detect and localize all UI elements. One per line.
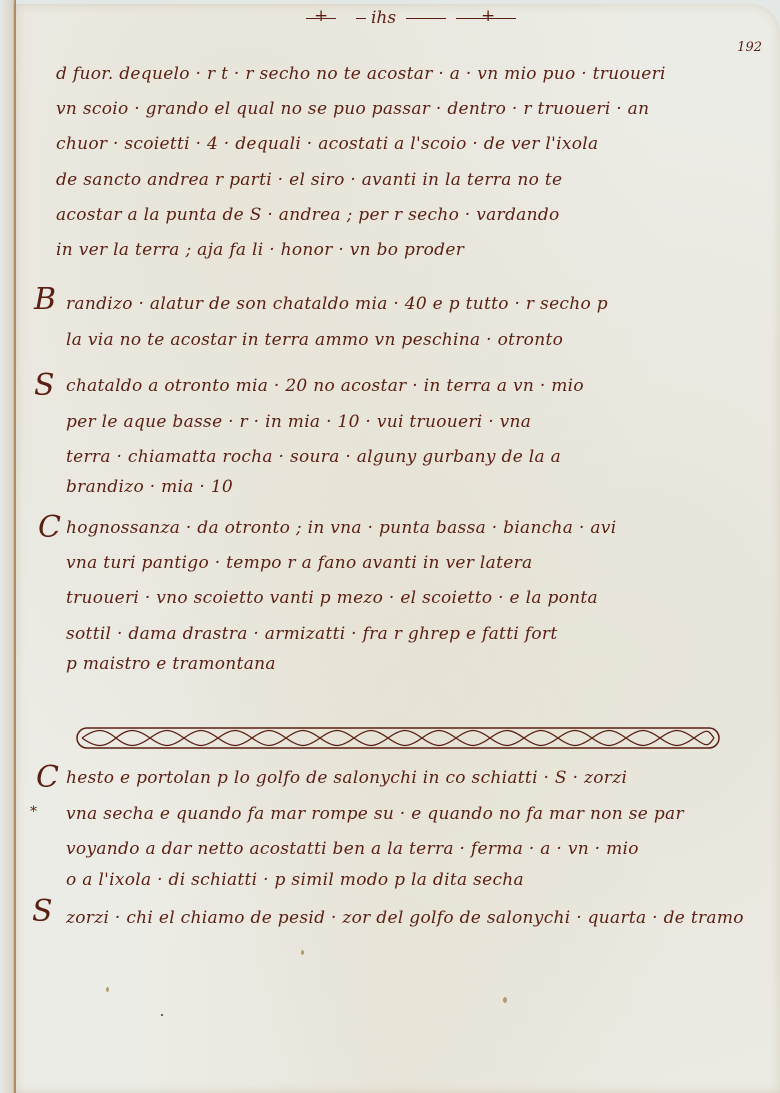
foxing-spot — [301, 950, 304, 955]
margin-mark: * — [30, 804, 37, 820]
cross-icon-right: + — [481, 6, 495, 26]
folio-number: 192 — [737, 40, 762, 55]
text-line: zorzi · chi el chiamo de pesid · zor del… — [66, 908, 744, 928]
text-line: vna turi pantigo · tempo r a fano avanti… — [66, 553, 532, 573]
text-line: o a l'ixola · di schiatti · p simil modo… — [66, 870, 524, 890]
text-line: in ver la terra ; aja fa li · honor · vn… — [56, 240, 464, 260]
initial-letter: S — [34, 368, 55, 403]
text-line: d fuor. dequelo · r t · r secho no te ac… — [56, 64, 666, 84]
initial-letter: B — [34, 282, 56, 317]
braid-ornament-divider — [76, 726, 720, 750]
text-line: vna secha e quando fa mar rompe su · e q… — [66, 804, 684, 824]
cross-icon-left: + — [314, 6, 328, 26]
foxing-spot — [161, 1014, 163, 1016]
manuscript-page: + ihs + 192 d fuor. dequelo · r t · r se… — [14, 4, 780, 1093]
initial-letter: C — [38, 510, 61, 545]
header-rule-mid2 — [406, 18, 446, 19]
ihs-monogram: ihs — [371, 8, 396, 28]
text-line: la via no te acostar in terra ammo vn pe… — [66, 330, 563, 350]
page-header: + ihs + — [306, 6, 546, 28]
text-line: per le aque basse · r · in mia · 10 · vu… — [66, 412, 531, 432]
text-line: truoueri · vno scoietto vanti p mezo · e… — [66, 588, 598, 608]
text-line: brandizo · mia · 10 — [66, 477, 233, 497]
text-line: terra · chiamatta rocha · soura · alguny… — [66, 447, 561, 467]
initial-letter: S — [32, 894, 53, 929]
text-line: acostar a la punta de S · andrea ; per r… — [56, 205, 560, 225]
header-rule-mid — [356, 18, 366, 19]
foxing-spot — [503, 997, 507, 1003]
text-line: hesto e portolan p lo golfo de salonychi… — [66, 768, 627, 788]
text-line: hognossanza · da otronto ; in vna · punt… — [66, 518, 616, 538]
initial-letter: C — [36, 760, 59, 795]
text-line: vn scoio · grando el qual no se puo pass… — [56, 99, 649, 119]
text-line: chataldo a otronto mia · 20 no acostar ·… — [66, 376, 584, 396]
foxing-spot — [106, 987, 109, 992]
text-line: voyando a dar netto acostatti ben a la t… — [66, 839, 639, 859]
text-line: sottil · dama drastra · armizatti · fra … — [66, 624, 557, 644]
text-line: p maistro e tramontana — [66, 654, 276, 674]
text-line: chuor · scoietti · 4 · dequali · acostat… — [56, 134, 598, 154]
text-line: de sancto andrea r parti · el siro · ava… — [56, 170, 562, 190]
text-line: randizo · alatur de son chataldo mia · 4… — [66, 294, 608, 314]
